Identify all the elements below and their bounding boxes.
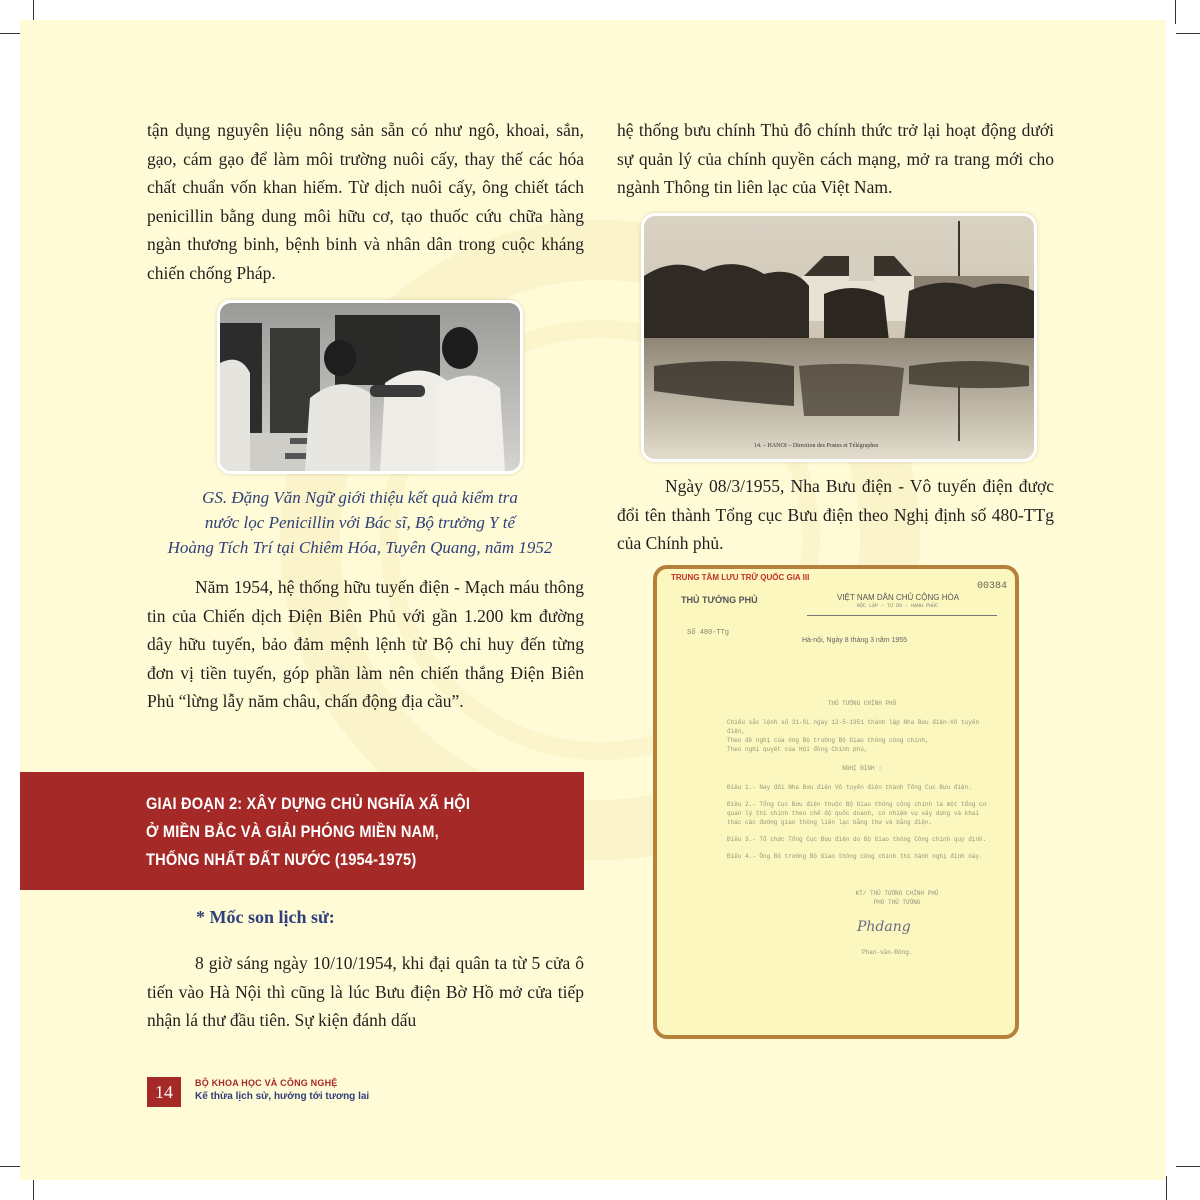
- section-title: GIAI ĐOẠN 2: XÂY DỰNG CHỦ NGHĨA XÃ HỘI Ở…: [146, 790, 507, 874]
- document-date: Hà-nội, Ngày 8 tháng 3 năm 1955: [802, 637, 907, 644]
- penicillin-lab-photo: [217, 300, 523, 474]
- header-rule: [807, 615, 997, 616]
- right-paragraph-2: Ngày 08/3/1955, Nha Bưu điện - Vô tuyến …: [617, 472, 1054, 558]
- section-banner: GIAI ĐOẠN 2: XÂY DỰNG CHỦ NGHĨA XÃ HỘI Ở…: [20, 772, 584, 890]
- postcard-caption: 14. – HANOI – Direction des Postes et Té…: [754, 443, 878, 449]
- nation-motto: ĐỘC LẬP – TỰ DO – HẠNH PHÚC: [857, 603, 938, 609]
- decree-document-scan: TRUNG TÂM LƯU TRỮ QUỐC GIA III 00384 THỦ…: [653, 565, 1019, 1039]
- crop-mark: [1175, 0, 1176, 24]
- page: tận dụng nguyên liệu nông sản sẵn có như…: [20, 20, 1166, 1180]
- nation-header: VIỆT NAM DÂN CHỦ CỘNG HÒA: [837, 593, 959, 602]
- signer-name: Phan-văn-Đồng.: [862, 949, 912, 956]
- left-paragraph-3: 8 giờ sáng ngày 10/10/1954, khi đại quân…: [147, 949, 584, 1035]
- handwritten-signature: Phdang: [857, 919, 911, 935]
- postcard-image: [644, 216, 1034, 459]
- left-paragraph-2: Năm 1954, hệ thống hữu tuyến điện - Mạch…: [147, 573, 584, 716]
- hanoi-post-office-postcard: 14. – HANOI – Direction des Postes et Té…: [641, 213, 1037, 462]
- subheading: * Mốc son lịch sử:: [196, 907, 335, 928]
- lab-photo-image: [220, 303, 520, 471]
- page-number: 14: [147, 1077, 181, 1107]
- signature-block: KT/ THỦ TƯỚNG CHÍNH PHỦ PHÓ THỦ TƯỚNG: [837, 889, 957, 907]
- left-paragraph-1: tận dụng nguyên liệu nông sản sẵn có như…: [147, 116, 584, 287]
- document-number: 00384: [977, 581, 1007, 592]
- issuing-office: THỦ TƯỚNG PHỦ: [681, 595, 758, 605]
- crop-mark: [1166, 1176, 1167, 1200]
- crop-mark: [1176, 1166, 1200, 1167]
- photo-caption: GS. Đặng Văn Ngữ giới thiệu kết quả kiểm…: [130, 485, 590, 560]
- footer-title: BỘ KHOA HỌC VÀ CÔNG NGHỆ: [195, 1078, 337, 1088]
- archive-label: TRUNG TÂM LƯU TRỮ QUỐC GIA III: [671, 573, 809, 582]
- document-body: THỦ TƯỚNG CHÍNH PHỦ Chiểu sắc lệnh số 31…: [727, 689, 997, 869]
- footer-subtitle: Kế thừa lịch sử, hướng tới tương lai: [195, 1091, 369, 1102]
- reference-number: Số 480-TTg: [687, 629, 729, 637]
- crop-mark: [1176, 33, 1200, 34]
- right-paragraph-1: hệ thống bưu chính Thủ đô chính thức trở…: [617, 116, 1054, 202]
